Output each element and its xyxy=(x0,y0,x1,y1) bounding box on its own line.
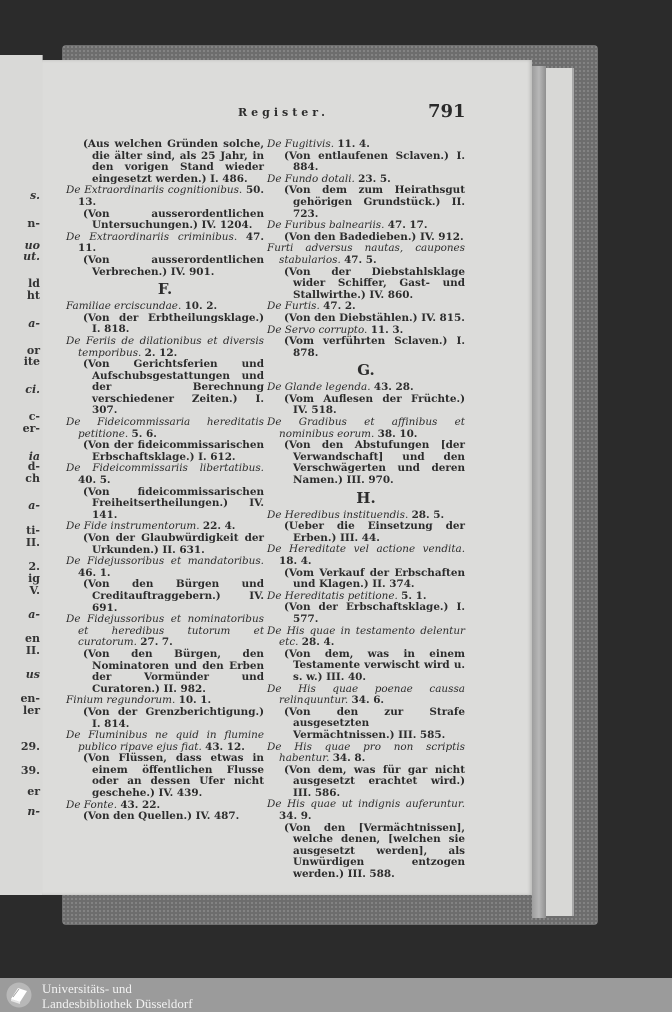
title-prefix: De xyxy=(66,555,80,567)
german-translation: (Von der fideicommissarischen Erbschafts… xyxy=(70,440,264,463)
title-prefix: De xyxy=(66,729,80,741)
digest-reference: 47. 17. xyxy=(388,219,428,231)
digest-reference: 40. 5. xyxy=(78,474,111,486)
german-translation: (Vom Auflesen der Früchte.) IV. 518. xyxy=(271,394,465,417)
digest-reference: 11. 3. xyxy=(371,324,404,336)
digest-reference: 34. 8. xyxy=(333,752,366,764)
latin-title: Gradibus et affinibus et nominibus eorum… xyxy=(279,416,465,440)
left-page-text-fragment: er xyxy=(27,786,40,798)
digest-reference: 43. 22. xyxy=(120,799,160,811)
left-page-text-fragment: 29. xyxy=(21,741,40,753)
german-translation: (Von fideicommissarischen Freiheitserthe… xyxy=(70,487,264,522)
german-translation: (Von dem, was für gar nicht ausgesetzt e… xyxy=(271,765,465,800)
german-translation: (Ueber die Einsetzung der Erben.) III. 4… xyxy=(271,521,465,544)
latin-title: Fugitivis. xyxy=(285,138,334,150)
page-stack-edge xyxy=(532,66,546,918)
index-column-left: (Aus welchen Gründen solche, die älter s… xyxy=(66,139,264,823)
digest-reference: 46. 1. xyxy=(78,567,111,579)
digest-reference: 2. 12. xyxy=(145,347,178,359)
german-translation: (Von der Erbschaftsklage.) I. 577. xyxy=(271,602,465,625)
left-page-text-fragment: V. xyxy=(30,585,40,597)
german-translation: (Von der Grenzberichtigung.) I. 814. xyxy=(70,707,264,730)
title-prefix: De xyxy=(267,625,281,637)
digest-reference: 47. 5. xyxy=(344,254,377,266)
digest-reference: 5. 1. xyxy=(401,590,426,602)
german-translation: (Vom Verkauf der Erbschaften und Klagen.… xyxy=(271,568,465,591)
left-page-text-fragment: ut. xyxy=(23,251,40,263)
title-prefix: De xyxy=(267,381,281,393)
section-letter: F. xyxy=(66,281,264,297)
digest-reference: 10. 2. xyxy=(185,300,218,312)
left-page-text-fragment: us xyxy=(26,669,40,681)
left-page-text-fragment: n- xyxy=(27,806,40,818)
latin-title: Fundo dotali. xyxy=(285,173,355,185)
latin-title: Extraordinariis criminibus. xyxy=(89,231,237,243)
title-prefix: De xyxy=(267,543,281,555)
latin-title: Furibus balneariis. xyxy=(285,219,385,231)
digest-reference: 5. 6. xyxy=(132,428,157,440)
title-prefix: De xyxy=(267,683,281,695)
book-logo-icon xyxy=(6,982,32,1008)
latin-title-entry: De Fideicommissaria hereditatis petition… xyxy=(66,417,264,440)
left-page-text-fragment: n- xyxy=(27,218,40,230)
title-prefix: De xyxy=(267,798,281,810)
german-translation: (Von den Bürgen und Creditauftraggebern.… xyxy=(70,579,264,614)
digest-reference: 47. 2. xyxy=(323,300,356,312)
german-translation: (Aus welchen Gründen solche, die älter s… xyxy=(70,139,264,185)
institution-name[interactable]: Universitäts- und Landesbibliothek Düsse… xyxy=(42,981,193,1011)
german-translation: (Von der Diebstahlsklage wider Schiffer,… xyxy=(271,267,465,302)
left-page-text-fragment: II. xyxy=(26,537,40,549)
title-prefix: De xyxy=(267,173,281,185)
digest-reference: 11. 4. xyxy=(337,138,370,150)
index-column-right: De Fugitivis. 11. 4.(Von entlaufenen Scl… xyxy=(267,139,465,881)
left-page-text-fragment: a- xyxy=(28,318,40,330)
title-prefix: De xyxy=(66,335,80,347)
german-translation: (Von dem, was in einem Testamente verwis… xyxy=(271,649,465,684)
digest-reference: 43. 28. xyxy=(374,381,414,393)
latin-title-entry: De His quae pro non scriptis habentur. 3… xyxy=(267,742,465,765)
german-translation: (Von ausserordentlichen Untersuchungen.)… xyxy=(70,209,264,232)
latin-title-entry: De His quae in testamento delentur etc. … xyxy=(267,626,465,649)
latin-title-entry: De His quae ut indignis auferuntur. 34. … xyxy=(267,799,465,822)
latin-title: Fide instrumentorum. xyxy=(84,520,200,532)
left-page-text-fragment: s. xyxy=(30,190,40,202)
latin-title: His quae ut indignis auferuntur. xyxy=(287,798,465,810)
digest-reference: 34. 9. xyxy=(279,810,312,822)
german-translation: (Von entlaufenen Sclaven.) I. 884. xyxy=(271,151,465,174)
digest-reference: 22. 4. xyxy=(203,520,236,532)
latin-title-entry: De Extraordinariis cognitionibus. 50. 13… xyxy=(66,185,264,208)
latin-title: Fideicommissaria hereditatis petitione. xyxy=(78,416,264,440)
title-prefix: De xyxy=(66,462,80,474)
german-translation: (Von dem zum Heirathsgut gehörigen Grund… xyxy=(271,185,465,220)
german-translation: (Von den Bürgen, den Nominatoren und den… xyxy=(70,649,264,695)
left-page-text-fragment: ite xyxy=(24,356,40,368)
title-prefix: De xyxy=(66,520,80,532)
german-translation: (Von den zur Strafe ausgesetzten Vermäch… xyxy=(271,707,465,742)
left-page-text-fragment: 39. xyxy=(21,765,40,777)
digest-reference: 34. 6. xyxy=(352,694,385,706)
footer-bar: Universitäts- und Landesbibliothek Düsse… xyxy=(0,978,672,1012)
left-page-text-fragment: ht xyxy=(27,290,40,302)
left-page-edge: s.n-uout.ldhta-oriteci.c-er-iad-cha-ti-I… xyxy=(0,55,43,895)
left-page-text-fragment: II. xyxy=(26,645,40,657)
latin-title: Fidejussoribus et mandatoribus. xyxy=(87,555,264,567)
latin-title: Finium regundorum. xyxy=(66,694,175,706)
section-letter: G. xyxy=(267,362,465,378)
latin-title-entry: De Fideicommissariis libertatibus. 40. 5… xyxy=(66,463,264,486)
german-translation: (Von Flüssen, dass etwas in einem öffent… xyxy=(70,753,264,799)
digest-reference: 43. 12. xyxy=(205,741,245,753)
latin-title: Servo corrupto. xyxy=(285,324,368,336)
digest-reference: 23. 5. xyxy=(358,173,391,185)
left-page-text-fragment: er- xyxy=(23,423,40,435)
latin-title: Glande legenda. xyxy=(285,381,371,393)
page-stack-edge-outer xyxy=(546,68,574,916)
page-number: 791 xyxy=(428,101,466,122)
latin-title-entry: Furti adversus nautas, caupones stabular… xyxy=(267,243,465,266)
section-letter: H. xyxy=(267,490,465,506)
latin-title-entry: De Fidejussoribus et nominatoribus et he… xyxy=(66,614,264,649)
german-translation: (Von der Erbtheilungsklage.) I. 818. xyxy=(70,313,264,336)
left-page-text-fragment: a- xyxy=(28,500,40,512)
digest-reference: 27. 7. xyxy=(140,636,173,648)
german-translation: (Von den Quellen.) IV. 487. xyxy=(70,811,264,823)
latin-title-entry: De Fluminibus ne quid in flumine publico… xyxy=(66,730,264,753)
german-translation: (Vom verführten Sclaven.) I. 878. xyxy=(271,336,465,359)
latin-title-entry: De Fidejussoribus et mandatoribus. 46. 1… xyxy=(66,556,264,579)
digest-reference: 18. 4. xyxy=(279,555,312,567)
digest-reference: 10. 1. xyxy=(179,694,212,706)
title-prefix: De xyxy=(267,509,281,521)
latin-title: Hereditatis petitione. xyxy=(285,590,398,602)
latin-title: Hereditate vel actione vendita. xyxy=(289,543,465,555)
title-prefix: De xyxy=(267,590,281,602)
latin-title: Furtis. xyxy=(285,300,320,312)
latin-title-entry: Familiae erciscundae. 10. 2. xyxy=(66,301,264,313)
latin-title-entry: De Feriis de dilationibus et diversis te… xyxy=(66,336,264,359)
title-prefix: De xyxy=(66,799,80,811)
title-prefix: De xyxy=(66,231,80,243)
latin-title: Extraordinariis cognitionibus. xyxy=(84,184,242,196)
latin-title-entry: De Gradibus et affinibus et nominibus eo… xyxy=(267,417,465,440)
latin-title-entry: De Furibus balneariis. 47. 17. xyxy=(267,220,465,232)
latin-title: Fonte. xyxy=(84,799,117,811)
digest-reference: 28. 5. xyxy=(412,509,445,521)
left-page-text-fragment: ler xyxy=(23,705,40,717)
digest-reference: 28. 4. xyxy=(302,636,335,648)
title-prefix: De xyxy=(267,138,281,150)
german-translation: (Von ausserordentlichen Verbrechen.) IV.… xyxy=(70,255,264,278)
title-prefix: De xyxy=(267,219,281,231)
title-prefix: De xyxy=(66,416,80,428)
latin-title: His quae pro non scriptis habentur. xyxy=(279,741,465,765)
german-translation: (Von den [Vermächtnissen], welche denen,… xyxy=(271,823,465,881)
german-translation: (Von Gerichtsferien und Aufschubsgestatt… xyxy=(70,359,264,417)
title-prefix: De xyxy=(267,324,281,336)
running-title: Register. xyxy=(238,106,329,119)
latin-title-entry: De Fugitivis. 11. 4. xyxy=(267,139,465,151)
latin-title: Heredibus instituendis. xyxy=(285,509,408,521)
title-prefix: De xyxy=(267,416,281,428)
left-page-text-fragment: ci. xyxy=(25,384,40,396)
latin-title-entry: De His quae poenae caussa relinquuntur. … xyxy=(267,684,465,707)
latin-title: Familiae erciscundae. xyxy=(66,300,181,312)
title-prefix: De xyxy=(267,300,281,312)
title-prefix: De xyxy=(267,741,281,753)
title-prefix: De xyxy=(66,184,80,196)
title-prefix: De xyxy=(66,613,80,625)
latin-title: Fideicommissariis libertatibus. xyxy=(92,462,264,474)
latin-title-entry: De Extraordinariis criminibus. 47. 11. xyxy=(66,232,264,255)
left-page-text-fragment: ch xyxy=(25,473,40,485)
german-translation: (Von der Glaubwürdigkeit der Urkunden.) … xyxy=(70,533,264,556)
institution-line-1: Universitäts- und xyxy=(42,981,193,996)
left-page-text-fragment: a- xyxy=(28,609,40,621)
digest-reference: 38. 10. xyxy=(378,428,418,440)
institution-line-2: Landesbibliothek Düsseldorf xyxy=(42,996,193,1011)
german-translation: (Von den Abstufungen [der Verwandschaft]… xyxy=(271,440,465,486)
latin-title-entry: De Hereditate vel actione vendita. 18. 4… xyxy=(267,544,465,567)
